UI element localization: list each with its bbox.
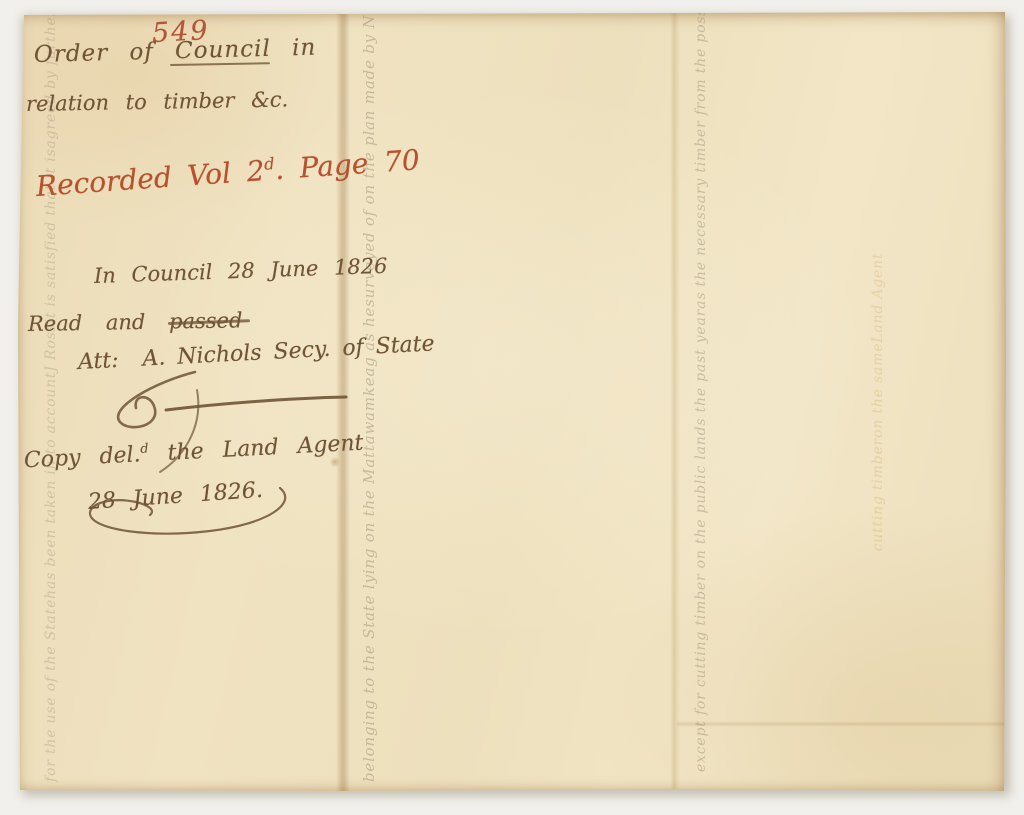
bleedthrough-middle-panel: belonging to the State lying on the Matt… [346,22,676,782]
bleedthrough-line: Land Agent [870,253,886,343]
docket-line-2: relation to timber &c. [26,87,289,116]
bleedthrough-line: agreed by further measures [43,12,59,149]
manuscript-page: for the use of the Statehas been taken i… [18,12,1006,792]
bottom-crease [677,721,1006,727]
in-council-line: In Council 28 June 1826 [94,254,388,288]
bleedthrough-line: as the necessary timber from the possess… [693,12,709,309]
bleedthrough-line: on the same [870,343,886,438]
bleedthrough-line: cutting timber [870,438,886,552]
photo-background: for the use of the Statehas been taken i… [0,0,1024,815]
date-loop-flourish [68,476,303,542]
recorded-line: Recorded Vol 2d. Page 70 [35,143,421,203]
pen-stroke [170,62,270,66]
bleedthrough-line: belonging to the State lying on the Matt… [360,307,378,782]
recorded-text-2: . Page 70 [274,143,421,186]
bleedthrough-line: for the use of the State [43,599,59,782]
bleedthrough-amber-fragments: cutting timberon the sameLand Agent [858,52,978,752]
bleedthrough-line: has been taken in to account [43,372,59,599]
bleedthrough-right-panel: except for cutting timber on the public … [681,32,1001,772]
fold-crease-right [670,12,680,792]
bleedthrough-line: except for cutting timber on the public … [693,309,709,772]
recorded-text: Recorded Vol 2 [35,154,266,203]
